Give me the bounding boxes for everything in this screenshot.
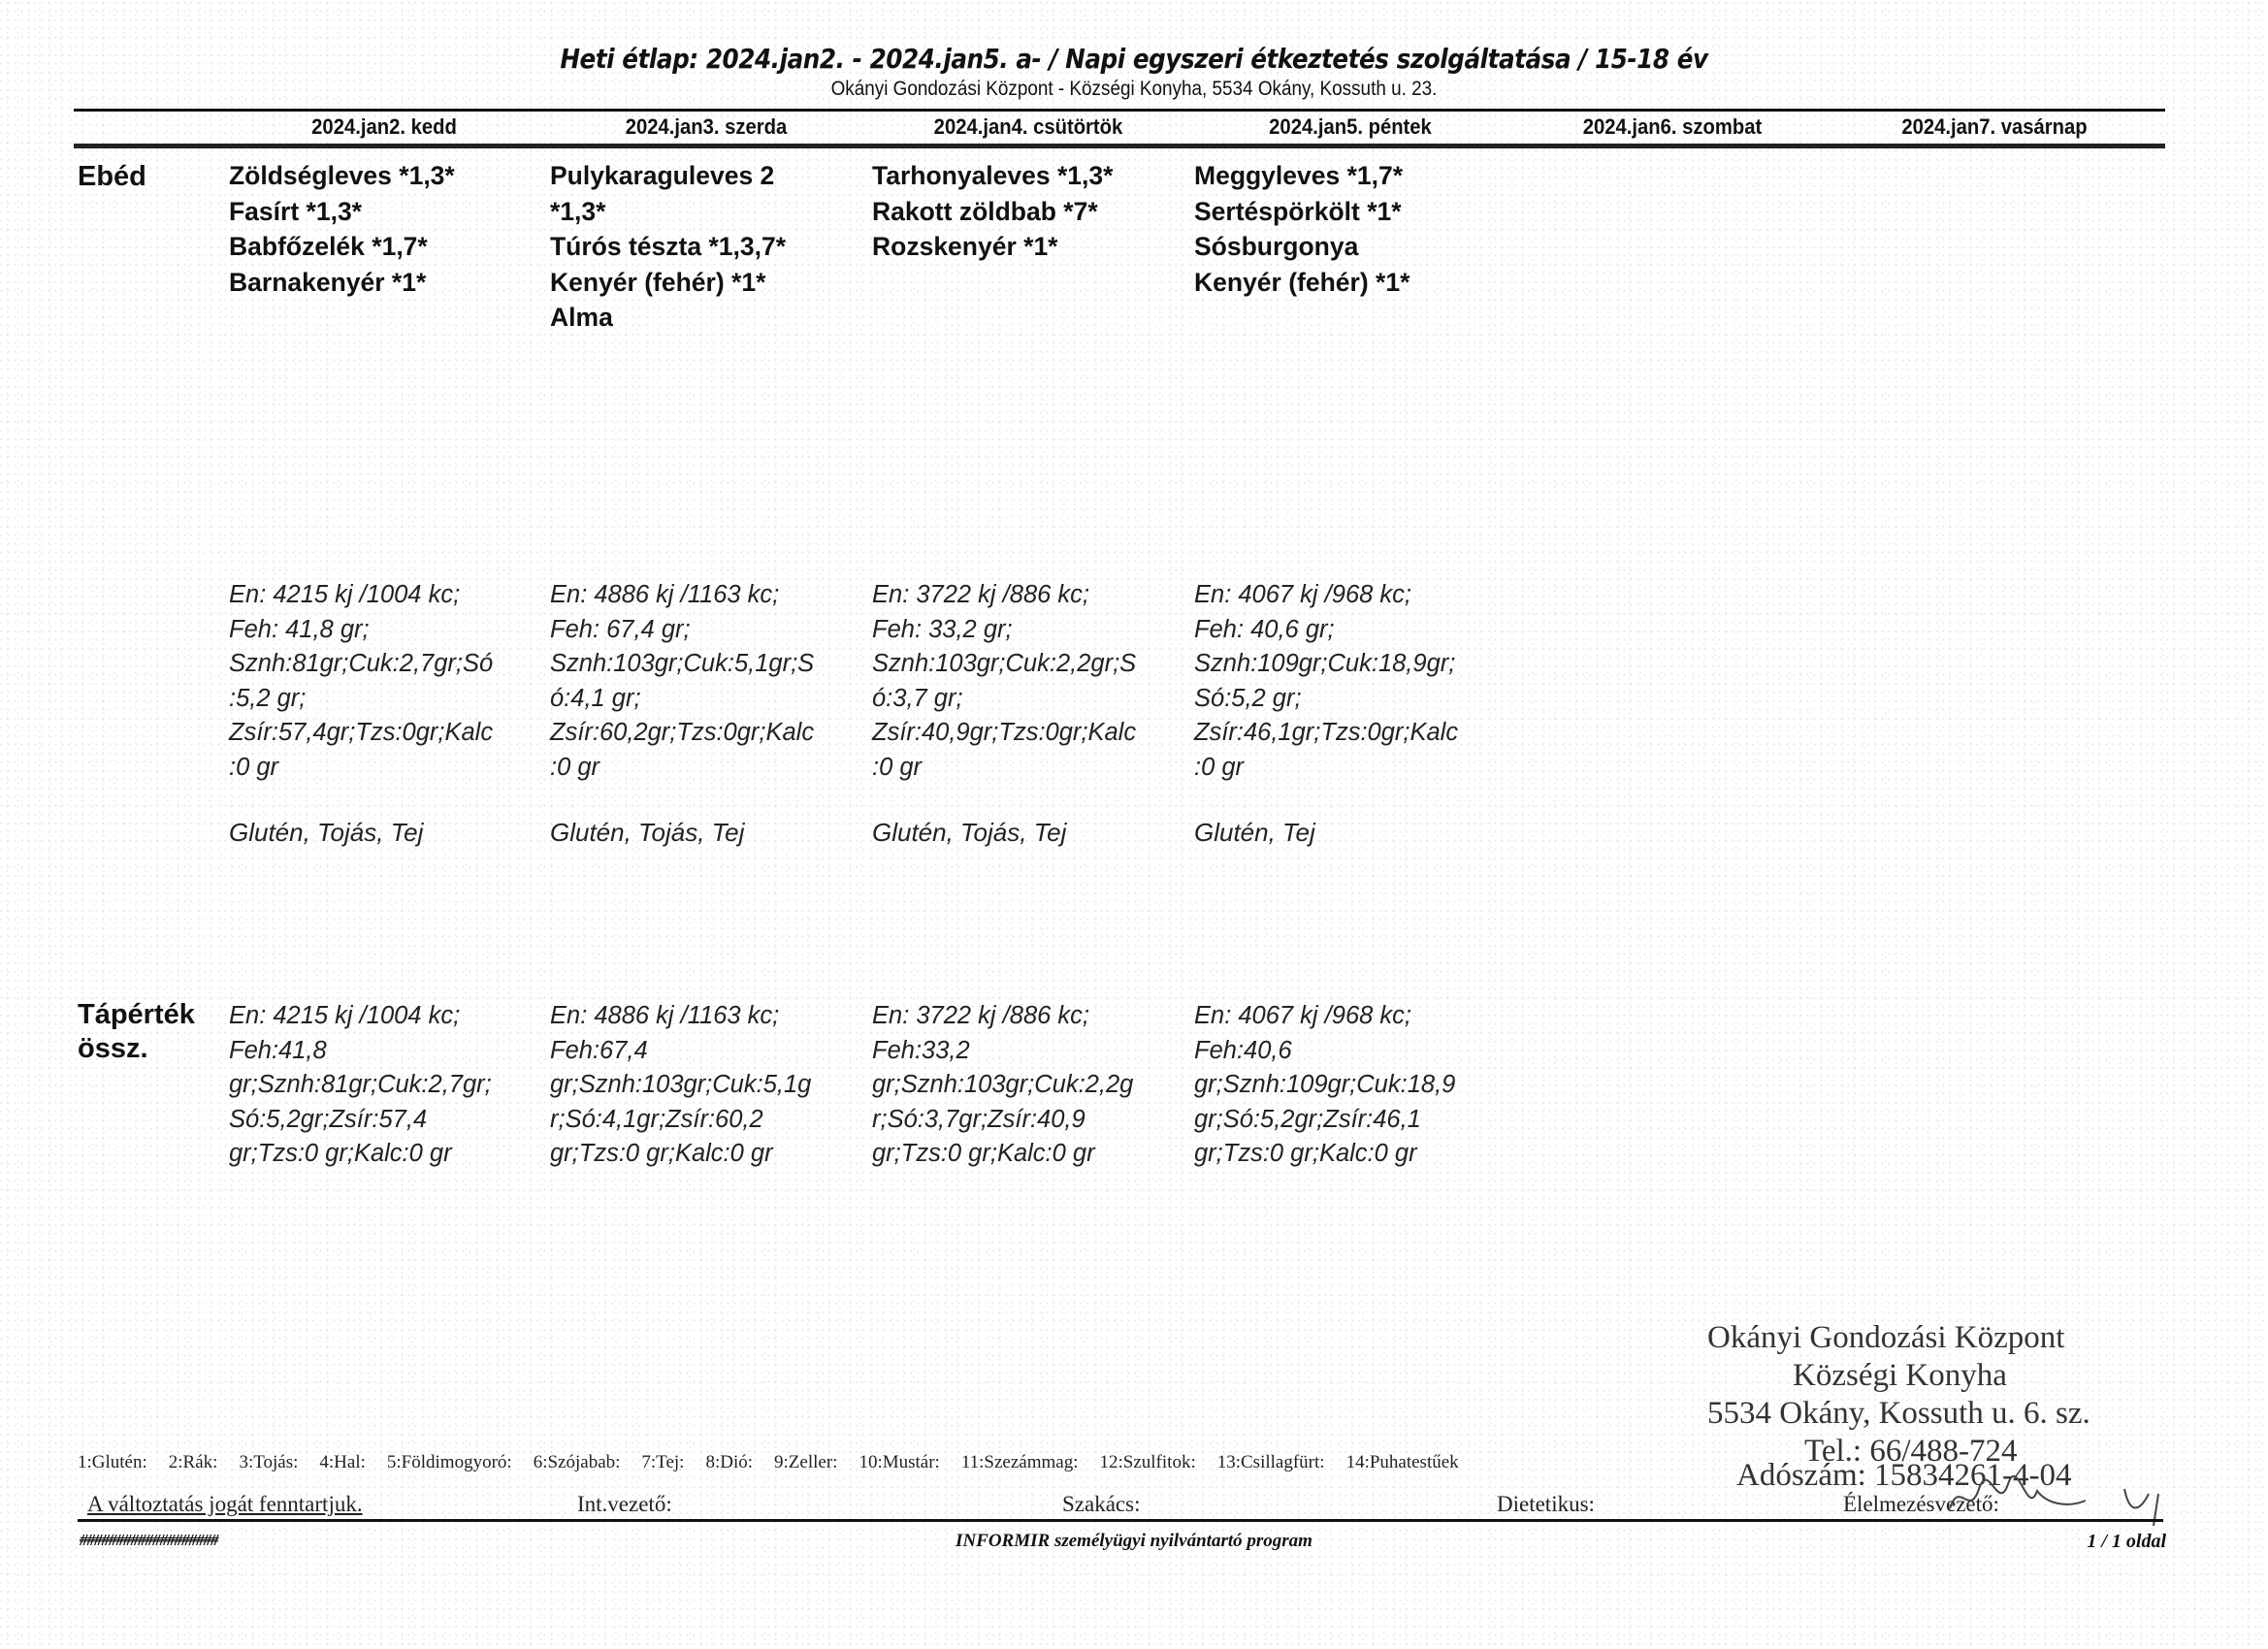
allergen-legend-item: 11:Szezámmag: — [961, 1452, 1079, 1472]
day-allergens: Glutén, Tojás, Tej — [872, 818, 1192, 848]
nutrition-line: Feh: 40,6 gr; — [1194, 613, 1514, 648]
day-dishes: Meggyleves *1,7*Sertéspörkölt *1*Sósburg… — [1194, 158, 1514, 300]
nutrition-line: Feh: 67,4 gr; — [550, 613, 870, 648]
totals-line: gr;Tzs:0 gr;Kalc:0 gr — [1194, 1137, 1514, 1172]
dish-item: Sertéspörkölt *1* — [1194, 194, 1514, 230]
nutrition-line: :0 gr — [550, 751, 870, 786]
dish-item: Alma — [550, 300, 870, 336]
dietetikus-label: Dietetikus: — [1497, 1492, 1595, 1517]
totals-line: gr;Sznh:81gr;Cuk:2,7gr; — [229, 1068, 549, 1103]
lunch-row-label: Ebéd — [78, 161, 146, 193]
totals-line: gr;Tzs:0 gr;Kalc:0 gr — [229, 1137, 549, 1172]
szakacs-label: Szakács: — [1062, 1492, 1140, 1517]
nutrition-line: Zsír:40,9gr;Tzs:0gr;Kalc — [872, 716, 1192, 751]
nutrition-line: En: 4067 kj /968 kc; — [1194, 578, 1514, 613]
totals-line: gr;Tzs:0 gr;Kalc:0 gr — [550, 1137, 870, 1172]
allergen-legend-item: 10:Mustár: — [859, 1452, 939, 1472]
allergen-legend-item: 12:Szulfitok: — [1100, 1452, 1196, 1472]
day-nutrition: En: 4886 kj /1163 kc;Feh: 67,4 gr;Sznh:1… — [550, 578, 870, 785]
kitchen-address: Okányi Gondozási Központ - Községi Konyh… — [113, 78, 2155, 101]
nutrition-line: Zsír:46,1gr;Tzs:0gr;Kalc — [1194, 716, 1514, 751]
day-totals: En: 3722 kj /886 kc;Feh:33,2gr;Sznh:103g… — [872, 999, 1192, 1172]
day-totals: En: 4886 kj /1163 kc;Feh:67,4gr;Sznh:103… — [550, 999, 870, 1172]
totals-line: gr;Tzs:0 gr;Kalc:0 gr — [872, 1137, 1192, 1172]
totals-line: Feh:33,2 — [872, 1034, 1192, 1069]
dish-item: Kenyér (fehér) *1* — [1194, 265, 1514, 301]
dish-item: Rakott zöldbab *7* — [872, 194, 1192, 230]
totals-line: En: 4215 kj /1004 kc; — [229, 999, 549, 1034]
allergen-legend: 1:Glutén:2:Rák:3:Tojás:4:Hal:5:Földimogy… — [78, 1452, 1480, 1473]
totals-line: Feh:41,8 — [229, 1034, 549, 1069]
dish-item: Kenyér (fehér) *1* — [550, 265, 870, 301]
dish-item: Tarhonyaleves *1,3* — [872, 158, 1192, 194]
totals-label-line2: össz. — [78, 1033, 195, 1065]
stamp-line: 5534 Okány, Kossuth u. 6. sz. — [1688, 1395, 2173, 1433]
day-header-tue: 2024.jan2. kedd — [236, 114, 532, 140]
kitchen-stamp: Okányi Gondozási Központ Községi Konyha … — [1688, 1319, 2173, 1495]
stamp-line: Okányi Gondozási Központ — [1688, 1319, 2173, 1357]
nutrition-line: :0 gr — [872, 751, 1192, 786]
nutrition-line: ó:3,7 gr; — [872, 682, 1192, 717]
rights-reserved-note: A változtatás jogát fenntartjuk. — [87, 1492, 363, 1517]
nutrition-line: En: 3722 kj /886 kc; — [872, 578, 1192, 613]
day-nutrition: En: 3722 kj /886 kc;Feh: 33,2 gr;Sznh:10… — [872, 578, 1192, 785]
day-header-thu: 2024.jan4. csütörtök — [880, 114, 1176, 140]
totals-line: Feh:67,4 — [550, 1034, 870, 1069]
nutrition-line: En: 4215 kj /1004 kc; — [229, 578, 549, 613]
totals-line: En: 3722 kj /886 kc; — [872, 999, 1192, 1034]
dish-item: Sósburgonya — [1194, 229, 1514, 265]
software-credit: INFORMIR személyügyi nyilvántartó progra… — [0, 1531, 2268, 1552]
nutrition-line: Sznh:103gr;Cuk:2,2gr;S — [872, 647, 1192, 682]
header-rule — [74, 144, 2165, 148]
totals-line: r;Só:4,1gr;Zsír:60,2 — [550, 1103, 870, 1138]
dish-item: Meggyleves *1,7* — [1194, 158, 1514, 194]
nutrition-line: ó:4,1 gr; — [550, 682, 870, 717]
dish-item: Barnakenyér *1* — [229, 265, 549, 301]
totals-line: En: 4067 kj /968 kc; — [1194, 999, 1514, 1034]
totals-row-label: Tápérték össz. — [78, 999, 195, 1065]
totals-line: gr;Só:5,2gr;Zsír:46,1 — [1194, 1103, 1514, 1138]
allergen-legend-item: 3:Tojás: — [239, 1452, 298, 1472]
stamp-line: Községi Konyha — [1688, 1357, 2173, 1395]
footer-rule — [78, 1519, 2163, 1522]
nutrition-line: :0 gr — [229, 751, 549, 786]
allergen-legend-item: 1:Glutén: — [78, 1452, 147, 1472]
nutrition-line: Sznh:81gr;Cuk:2,7gr;Só — [229, 647, 549, 682]
day-dishes: Pulykaraguleves 2*1,3*Túrós tészta *1,3,… — [550, 158, 870, 336]
day-allergens: Glutén, Tojás, Tej — [550, 818, 870, 848]
dish-item: Rozskenyér *1* — [872, 229, 1192, 265]
nutrition-line: Feh: 41,8 gr; — [229, 613, 549, 648]
totals-line: gr;Sznh:103gr;Cuk:2,2g — [872, 1068, 1192, 1103]
day-headers: 2024.jan2. kedd 2024.jan3. szerda 2024.j… — [223, 114, 2163, 140]
allergen-legend-item: 7:Tej: — [641, 1452, 684, 1472]
dish-item: Fasírt *1,3* — [229, 194, 549, 230]
allergen-legend-item: 14:Puhatestűek — [1346, 1452, 1459, 1472]
day-header-wed: 2024.jan3. szerda — [558, 114, 854, 140]
nutrition-line: En: 4886 kj /1163 kc; — [550, 578, 870, 613]
day-header-sat: 2024.jan6. szombat — [1524, 114, 1820, 140]
nutrition-line: :5,2 gr; — [229, 682, 549, 717]
day-allergens: Glutén, Tojás, Tej — [229, 818, 549, 848]
totals-line: Só:5,2gr;Zsír:57,4 — [229, 1103, 549, 1138]
day-nutrition: En: 4067 kj /968 kc;Feh: 40,6 gr;Sznh:10… — [1194, 578, 1514, 785]
nutrition-line: Zsír:57,4gr;Tzs:0gr;Kalc — [229, 716, 549, 751]
totals-line: r;Só:3,7gr;Zsír:40,9 — [872, 1103, 1192, 1138]
menu-title: Heti étlap: 2024.jan2. - 2024.jan5. a- /… — [136, 43, 2131, 75]
dish-item: Zöldségleves *1,3* — [229, 158, 549, 194]
nutrition-line: Só:5,2 gr; — [1194, 682, 1514, 717]
allergen-legend-item: 2:Rák: — [169, 1452, 218, 1472]
dish-item: Pulykaraguleves 2 — [550, 158, 870, 194]
dish-item: Túrós tészta *1,3,7* — [550, 229, 870, 265]
allergen-legend-item: 9:Zeller: — [774, 1452, 837, 1472]
nutrition-line: Zsír:60,2gr;Tzs:0gr;Kalc — [550, 716, 870, 751]
day-nutrition: En: 4215 kj /1004 kc;Feh: 41,8 gr;Sznh:8… — [229, 578, 549, 785]
nutrition-line: Sznh:103gr;Cuk:5,1gr;S — [550, 647, 870, 682]
dish-item: *1,3* — [550, 194, 870, 230]
totals-line: Feh:40,6 — [1194, 1034, 1514, 1069]
allergen-legend-item: 13:Csillagfürt: — [1217, 1452, 1325, 1472]
nutrition-line: Feh: 33,2 gr; — [872, 613, 1192, 648]
allergen-legend-item: 4:Hal: — [319, 1452, 366, 1472]
day-dishes: Tarhonyaleves *1,3*Rakott zöldbab *7*Roz… — [872, 158, 1192, 265]
day-header-sun: 2024.jan7. vasárnap — [1846, 114, 2142, 140]
totals-line: gr;Sznh:103gr;Cuk:5,1g — [550, 1068, 870, 1103]
allergen-legend-item: 8:Dió: — [705, 1452, 753, 1472]
day-header-fri: 2024.jan5. péntek — [1202, 114, 1498, 140]
page-number: 1 / 1 oldal — [2087, 1531, 2166, 1553]
allergen-legend-item: 5:Földimogyoró: — [387, 1452, 512, 1472]
day-allergens: Glutén, Tej — [1194, 818, 1514, 848]
totals-line: En: 4886 kj /1163 kc; — [550, 999, 870, 1034]
int-vezeto-label: Int.vezető: — [577, 1492, 672, 1517]
nutrition-line: :0 gr — [1194, 751, 1514, 786]
dish-item: Babfőzelék *1,7* — [229, 229, 549, 265]
day-totals: En: 4067 kj /968 kc;Feh:40,6gr;Sznh:109g… — [1194, 999, 1514, 1172]
nutrition-line: Sznh:109gr;Cuk:18,9gr; — [1194, 647, 1514, 682]
totals-line: gr;Sznh:109gr;Cuk:18,9 — [1194, 1068, 1514, 1103]
totals-label-line1: Tápérték — [78, 999, 195, 1031]
allergen-legend-item: 6:Szójabab: — [534, 1452, 621, 1472]
day-totals: En: 4215 kj /1004 kc;Feh:41,8gr;Sznh:81g… — [229, 999, 549, 1172]
day-dishes: Zöldségleves *1,3*Fasírt *1,3*Babfőzelék… — [229, 158, 549, 300]
top-rule — [74, 109, 2165, 112]
